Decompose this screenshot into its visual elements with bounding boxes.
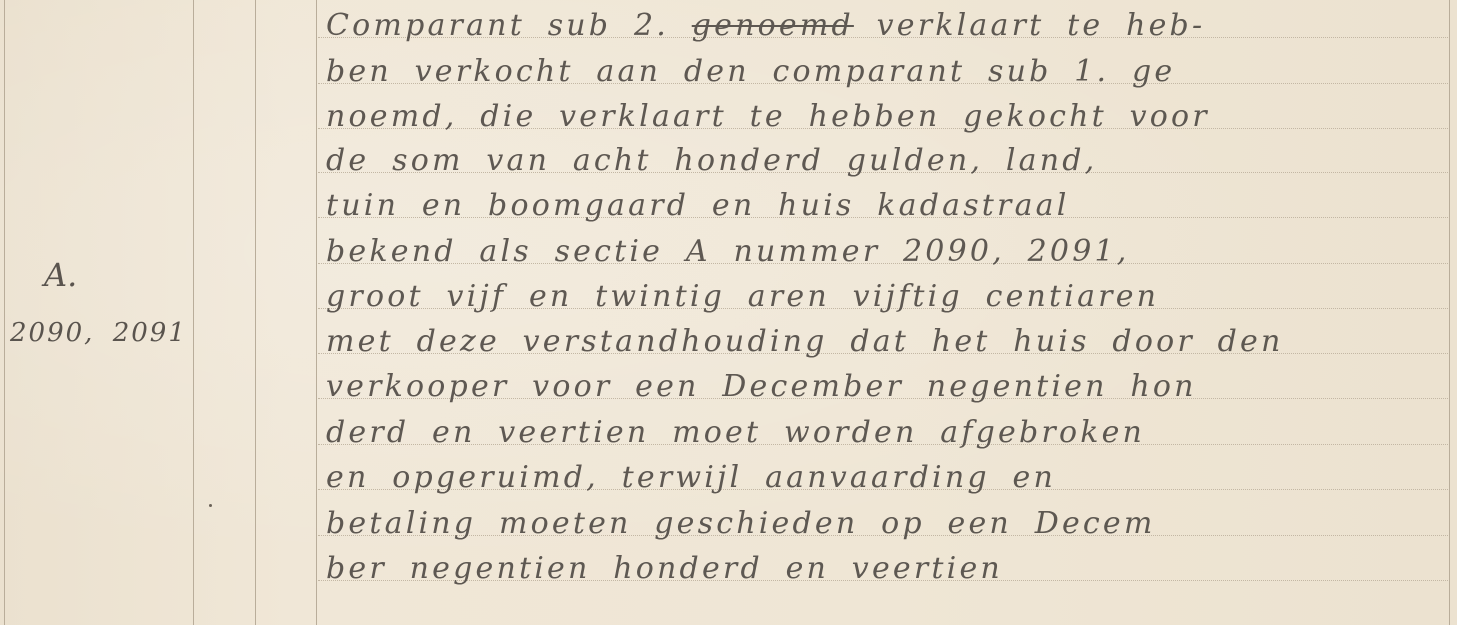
column-rule-left-edge [4,0,5,625]
struck-word: genoemd [692,8,854,43]
body-line-13: ber negentien honderd en veertien [326,547,1436,591]
body-line-3: noemd, die verklaart te hebben gekocht v… [326,95,1436,139]
column-rule-right-edge [1449,0,1450,625]
column-rule-narrow [255,0,256,625]
body-line-4: de som van acht honderd gulden, land, [326,139,1436,183]
margin-section-letter: A. [44,256,77,294]
body-line-1-start: Comparant sub 2. [326,8,692,43]
body-line-12: betaling moeten geschieden op een Decem [326,502,1436,546]
body-line-2: ben verkocht aan den comparant sub 1. ge [326,50,1436,94]
body-line-8: met deze verstandhouding dat het huis do… [326,320,1436,364]
body-line-9: verkooper voor een December negentien ho… [326,365,1436,409]
column-rule-margin [193,0,194,625]
margin-ink-dot [209,504,212,507]
body-line-7: groot vijf en twintig aren vijftig centi… [326,275,1436,319]
body-line-5: tuin en boomgaard en huis kadastraal [326,184,1436,228]
body-line-1-end: verklaart te heb- [854,8,1205,43]
body-line-6: bekend als sectie A nummer 2090, 2091, [326,230,1436,274]
column-rule-body-start [316,0,317,625]
ledger-page: A. 2090, 2091 Comparant sub 2. genoemd v… [0,0,1457,625]
body-line-11: en opgeruimd, terwijl aanvaarding en [326,456,1436,500]
body-line-1: Comparant sub 2. genoemd verklaart te he… [326,4,1436,48]
margin-parcel-numbers: 2090, 2091 [10,318,187,348]
body-line-10: derd en veertien moet worden afgebroken [326,411,1436,455]
